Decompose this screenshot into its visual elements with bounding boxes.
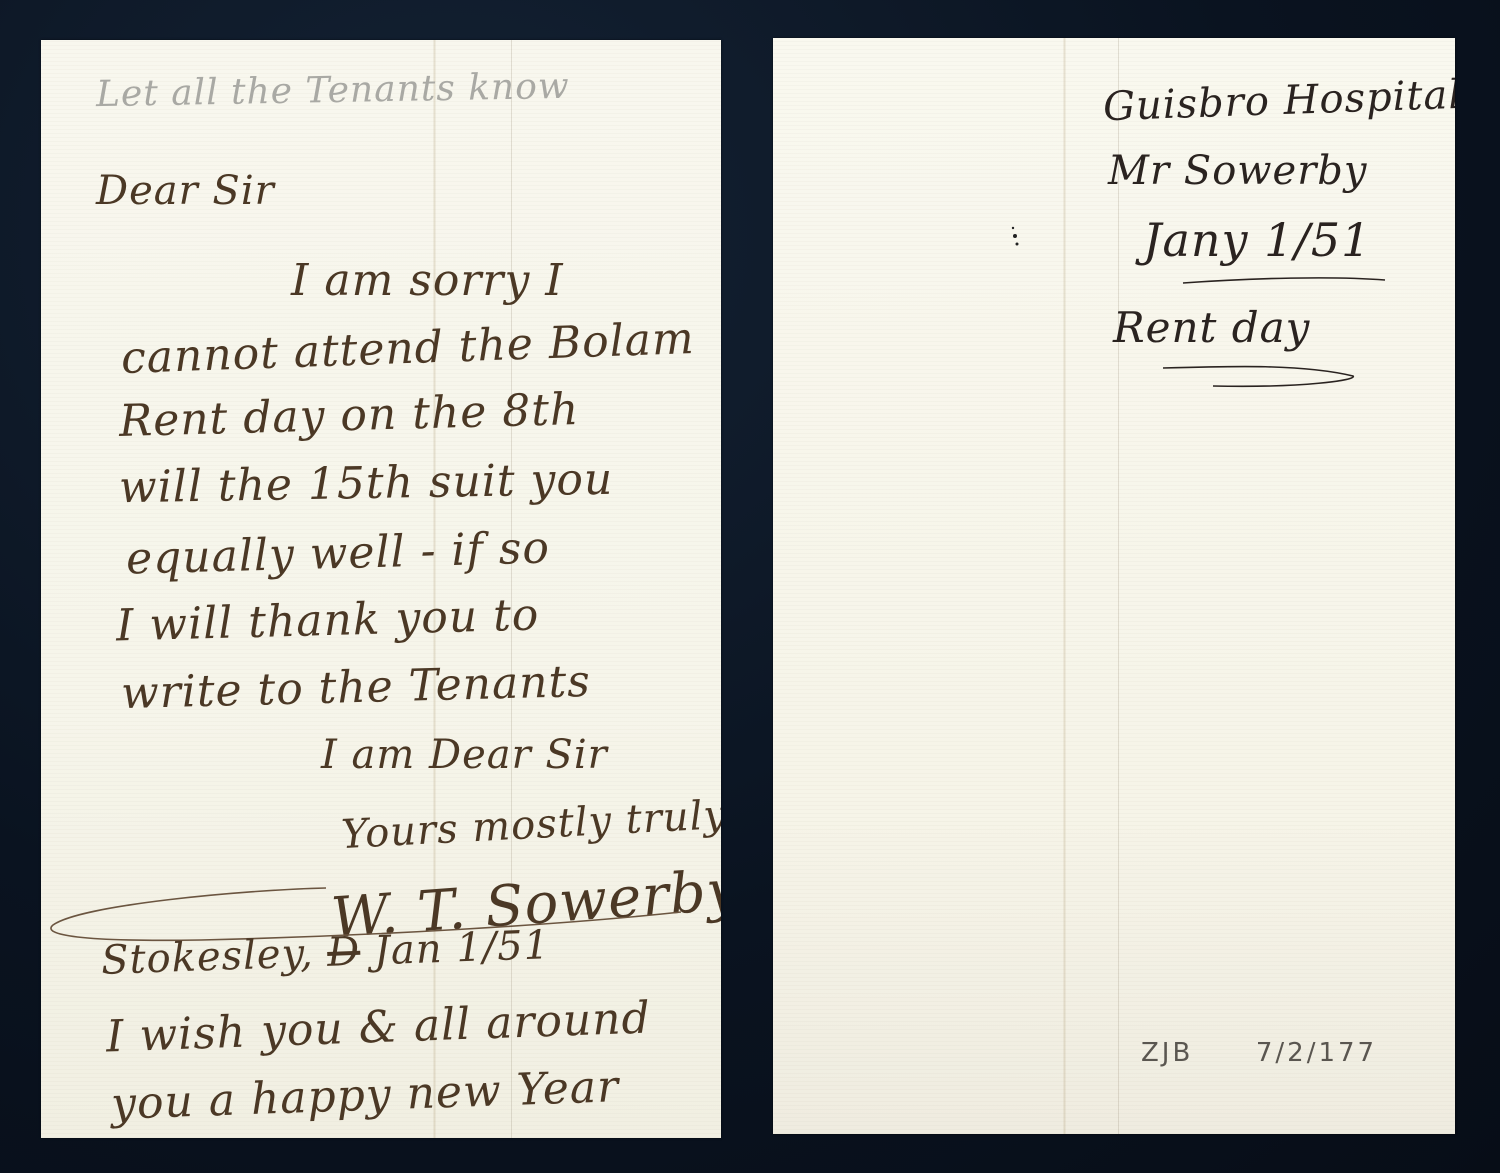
paper-fold-line (1063, 38, 1066, 1134)
letter-sheet-left: Let all the Tenants know Dear Sir I am s… (41, 40, 721, 1138)
closing-line-2: Yours mostly truly (340, 792, 721, 858)
body-line-6: I will thank you to (115, 589, 540, 651)
letter-sheet-right: Guisbro Hospital Mr Sowerby Jany 1/51 Re… (773, 38, 1455, 1134)
body-line-1: I am sorry I (291, 255, 564, 306)
archive-code: ZJB (1141, 1038, 1193, 1068)
paper-fold-line (433, 40, 436, 1138)
docket-line-1: Guisbro Hospital (1102, 72, 1455, 131)
place: Stokesley, (100, 930, 314, 983)
struck-text: D (326, 929, 361, 976)
body-line-2: cannot attend the Bolam (120, 313, 695, 384)
letter-date: Jan 1/51 (373, 922, 551, 974)
postscript-line-2: you a happy new Year (110, 1061, 620, 1130)
place-date-line: Stokesley, D Jan 1/51 (100, 922, 551, 984)
pencil-note: Let all the Tenants know (96, 66, 570, 115)
rent-day-underline (1153, 358, 1373, 398)
paper-crease (1118, 38, 1119, 1134)
ink-specks (1005, 218, 1025, 258)
docket-line-4: Rent day (1113, 303, 1310, 352)
archive-reference: ZJB 7/2/177 (1141, 1038, 1377, 1068)
docket-line-2: Mr Sowerby (1108, 148, 1368, 194)
body-line-4: will the 15th suit you (119, 454, 614, 514)
archive-number: 7/2/177 (1256, 1038, 1377, 1068)
postscript-line-1: I wish you & all around (105, 993, 651, 1063)
docket-line-3: Jany 1/51 (1143, 213, 1371, 267)
body-line-5: equally well - if so (125, 522, 550, 584)
closing-line-1: I am Dear Sir (321, 732, 608, 778)
paper-crease (511, 40, 512, 1138)
date-underline (1173, 268, 1393, 298)
body-line-7: write to the Tenants (120, 656, 591, 719)
salutation: Dear Sir (96, 168, 275, 214)
